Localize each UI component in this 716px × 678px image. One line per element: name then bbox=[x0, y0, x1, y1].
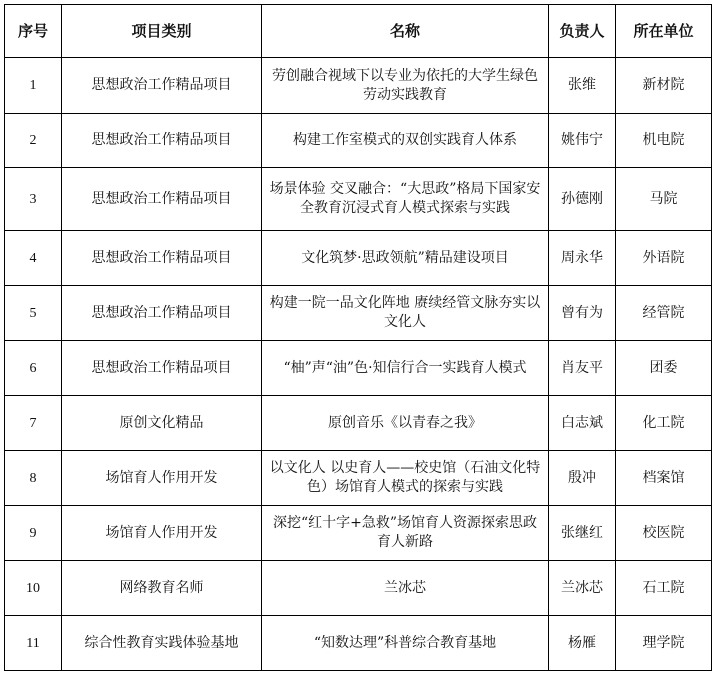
cell-name: 深挖“红十字+急救”场馆育人资源探索思政育人新路 bbox=[262, 506, 549, 561]
cell-owner: 兰冰芯 bbox=[549, 561, 616, 616]
cell-category: 思想政治工作精品项目 bbox=[62, 231, 262, 286]
header-index: 序号 bbox=[5, 5, 62, 58]
cell-name: 原创音乐《以青春之我》 bbox=[262, 396, 549, 451]
cell-owner: 肖友平 bbox=[549, 341, 616, 396]
cell-name: “柚”声“油”色·知信行合一实践育人模式 bbox=[262, 341, 549, 396]
cell-index: 6 bbox=[5, 341, 62, 396]
cell-category: 综合性教育实践体验基地 bbox=[62, 616, 262, 671]
cell-unit: 外语院 bbox=[616, 231, 712, 286]
table-row: 11 综合性教育实践体验基地 “知数达理”科普综合教育基地 杨雁 理学院 bbox=[5, 616, 712, 671]
cell-index: 11 bbox=[5, 616, 62, 671]
cell-category: 思想政治工作精品项目 bbox=[62, 168, 262, 231]
cell-index: 1 bbox=[5, 58, 62, 114]
cell-name: 兰冰芯 bbox=[262, 561, 549, 616]
cell-name: 构建工作室模式的双创实践育人体系 bbox=[262, 114, 549, 168]
cell-unit: 石工院 bbox=[616, 561, 712, 616]
table-row: 3 思想政治工作精品项目 场景体验 交叉融合：“大思政”格局下国家安全教育沉浸式… bbox=[5, 168, 712, 231]
cell-owner: 殷冲 bbox=[549, 451, 616, 506]
cell-index: 7 bbox=[5, 396, 62, 451]
cell-name: 以文化人 以史育人——校史馆（石油文化特色）场馆育人模式的探索与实践 bbox=[262, 451, 549, 506]
cell-index: 10 bbox=[5, 561, 62, 616]
table-row: 8 场馆育人作用开发 以文化人 以史育人——校史馆（石油文化特色）场馆育人模式的… bbox=[5, 451, 712, 506]
cell-unit: 档案馆 bbox=[616, 451, 712, 506]
header-name: 名称 bbox=[262, 5, 549, 58]
table-row: 5 思想政治工作精品项目 构建一院一品文化阵地 赓续经管文脉夯实以文化人 曾有为… bbox=[5, 286, 712, 341]
cell-owner: 张维 bbox=[549, 58, 616, 114]
cell-name: “知数达理”科普综合教育基地 bbox=[262, 616, 549, 671]
cell-unit: 化工院 bbox=[616, 396, 712, 451]
cell-category: 思想政治工作精品项目 bbox=[62, 58, 262, 114]
cell-owner: 孙德刚 bbox=[549, 168, 616, 231]
cell-category: 思想政治工作精品项目 bbox=[62, 286, 262, 341]
cell-index: 2 bbox=[5, 114, 62, 168]
cell-category: 场馆育人作用开发 bbox=[62, 451, 262, 506]
project-table: 序号 项目类别 名称 负责人 所在单位 1 思想政治工作精品项目 劳创融合视域下… bbox=[4, 4, 712, 671]
cell-index: 5 bbox=[5, 286, 62, 341]
cell-owner: 杨雁 bbox=[549, 616, 616, 671]
table-row: 7 原创文化精品 原创音乐《以青春之我》 白志斌 化工院 bbox=[5, 396, 712, 451]
cell-index: 4 bbox=[5, 231, 62, 286]
cell-owner: 曾有为 bbox=[549, 286, 616, 341]
cell-category: 场馆育人作用开发 bbox=[62, 506, 262, 561]
cell-name: 劳创融合视域下以专业为依托的大学生绿色劳动实践教育 bbox=[262, 58, 549, 114]
header-row: 序号 项目类别 名称 负责人 所在单位 bbox=[5, 5, 712, 58]
cell-category: 网络教育名师 bbox=[62, 561, 262, 616]
table-row: 2 思想政治工作精品项目 构建工作室模式的双创实践育人体系 姚伟宁 机电院 bbox=[5, 114, 712, 168]
cell-index: 9 bbox=[5, 506, 62, 561]
cell-index: 8 bbox=[5, 451, 62, 506]
cell-owner: 白志斌 bbox=[549, 396, 616, 451]
cell-owner: 张继红 bbox=[549, 506, 616, 561]
header-unit: 所在单位 bbox=[616, 5, 712, 58]
table-row: 4 思想政治工作精品项目 文化筑梦·思政领航”精品建设项目 周永华 外语院 bbox=[5, 231, 712, 286]
cell-index: 3 bbox=[5, 168, 62, 231]
cell-unit: 校医院 bbox=[616, 506, 712, 561]
cell-unit: 马院 bbox=[616, 168, 712, 231]
table-row: 9 场馆育人作用开发 深挖“红十字+急救”场馆育人资源探索思政育人新路 张继红 … bbox=[5, 506, 712, 561]
cell-name: 构建一院一品文化阵地 赓续经管文脉夯实以文化人 bbox=[262, 286, 549, 341]
cell-owner: 周永华 bbox=[549, 231, 616, 286]
table-row: 10 网络教育名师 兰冰芯 兰冰芯 石工院 bbox=[5, 561, 712, 616]
cell-name: 文化筑梦·思政领航”精品建设项目 bbox=[262, 231, 549, 286]
table-row: 1 思想政治工作精品项目 劳创融合视域下以专业为依托的大学生绿色劳动实践教育 张… bbox=[5, 58, 712, 114]
cell-category: 思想政治工作精品项目 bbox=[62, 341, 262, 396]
table-row: 6 思想政治工作精品项目 “柚”声“油”色·知信行合一实践育人模式 肖友平 团委 bbox=[5, 341, 712, 396]
cell-category: 原创文化精品 bbox=[62, 396, 262, 451]
cell-category: 思想政治工作精品项目 bbox=[62, 114, 262, 168]
cell-owner: 姚伟宁 bbox=[549, 114, 616, 168]
header-category: 项目类别 bbox=[62, 5, 262, 58]
header-owner: 负责人 bbox=[549, 5, 616, 58]
cell-name: 场景体验 交叉融合：“大思政”格局下国家安全教育沉浸式育人模式探索与实践 bbox=[262, 168, 549, 231]
cell-unit: 机电院 bbox=[616, 114, 712, 168]
cell-unit: 新材院 bbox=[616, 58, 712, 114]
cell-unit: 团委 bbox=[616, 341, 712, 396]
cell-unit: 理学院 bbox=[616, 616, 712, 671]
cell-unit: 经管院 bbox=[616, 286, 712, 341]
